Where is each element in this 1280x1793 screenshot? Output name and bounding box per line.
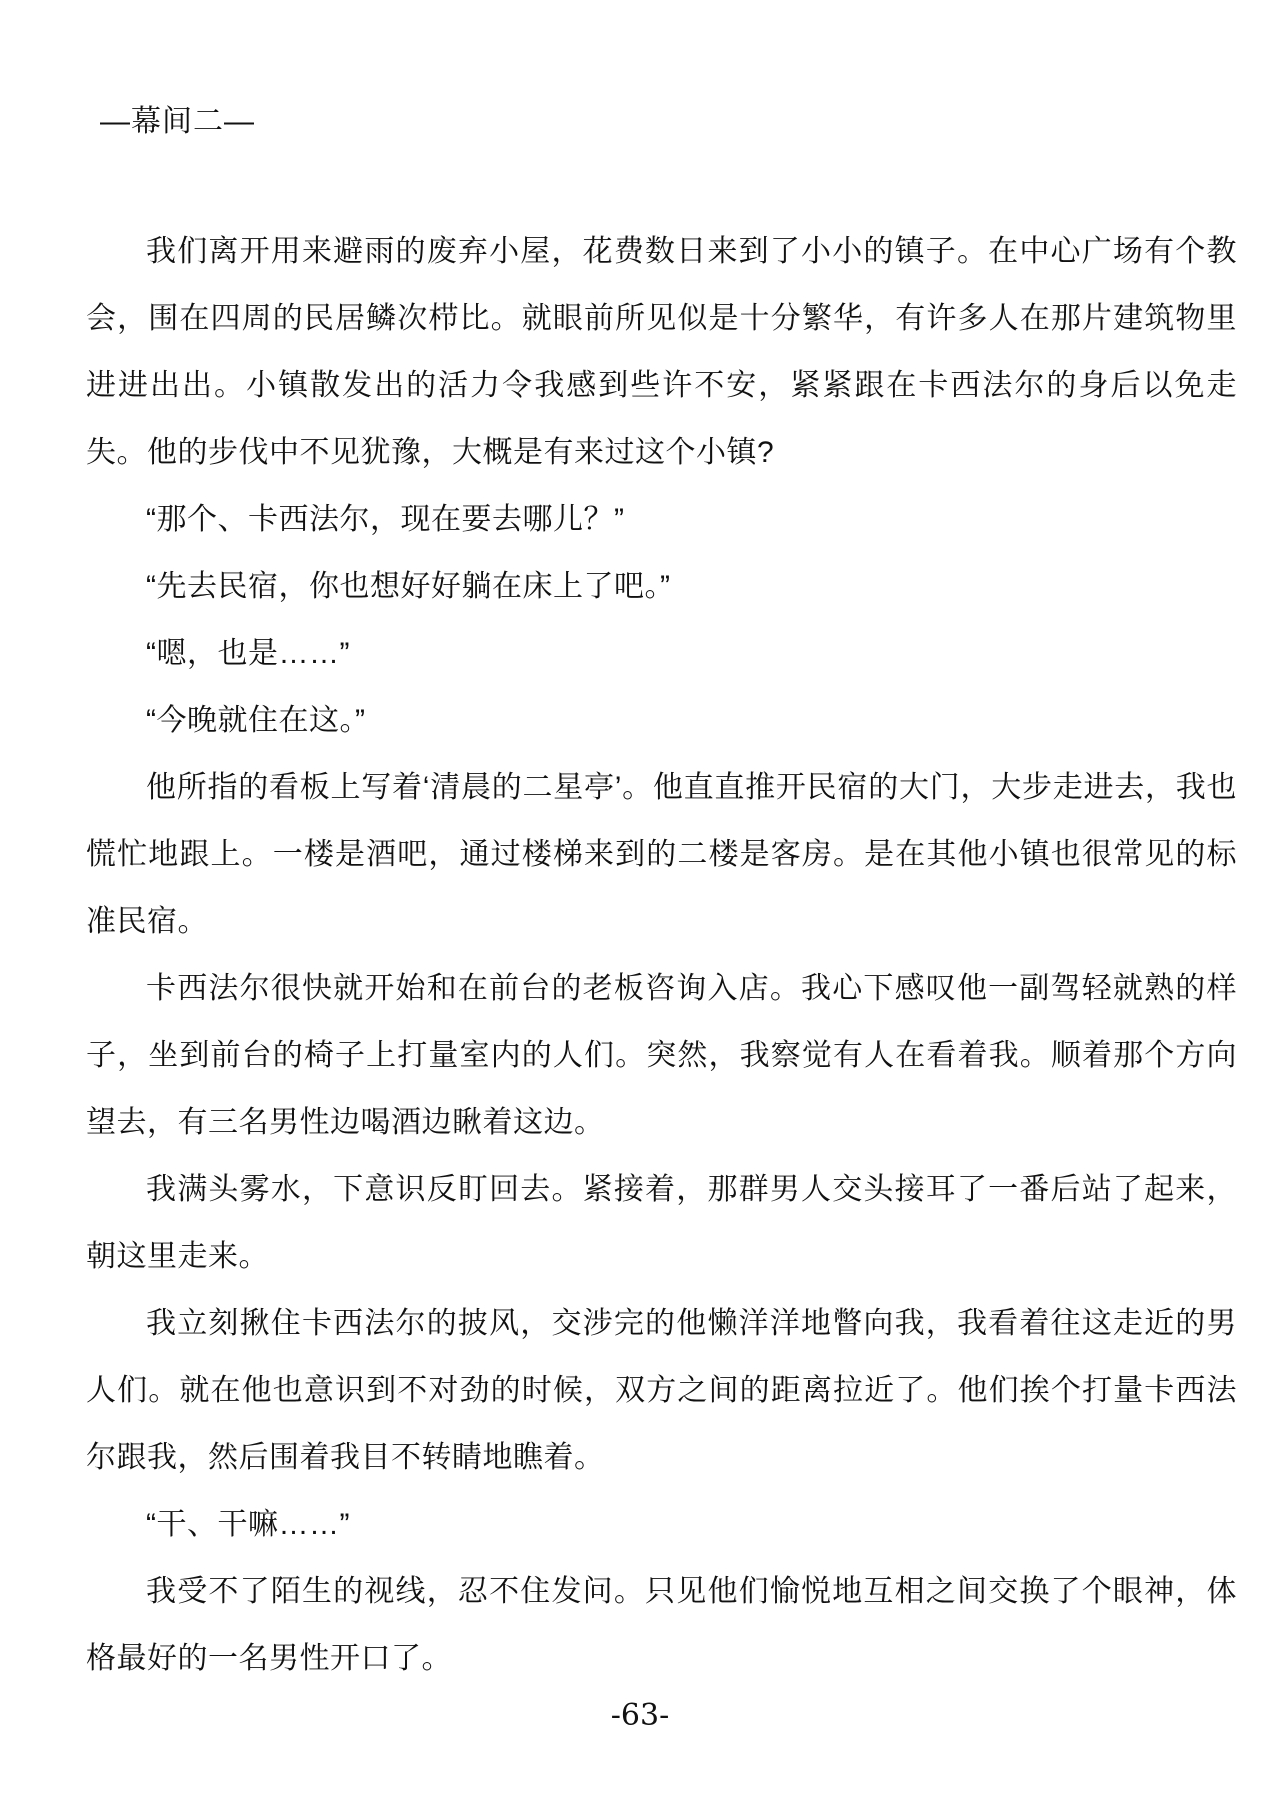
paragraph-dialogue-5: “干、干嘛……” <box>86 1491 1237 1558</box>
document-page: —幕间二— 我们离开用来避雨的废弃小屋，花费数日来到了小小的镇子。在中心广场有个… <box>0 0 1280 1793</box>
body-text: 我们离开用来避雨的废弃小屋，花费数日来到了小小的镇子。在中心广场有个教会，围在四… <box>86 218 1237 1692</box>
paragraph-dialogue-4: “今晚就住在这。” <box>86 687 1237 754</box>
paragraph-dialogue-1: “那个、卡西法尔，现在要去哪儿？” <box>86 486 1237 553</box>
paragraph-narration-6: 我受不了陌生的视线，忍不住发问。只见他们愉悦地互相之间交换了个眼神，体格最好的一… <box>86 1558 1237 1692</box>
paragraph-narration-4: 我满头雾水，下意识反盯回去。紧接着，那群男人交头接耳了一番后站了起来，朝这里走来… <box>86 1156 1237 1290</box>
page-number: -63- <box>0 1698 1280 1733</box>
paragraph-dialogue-2: “先去民宿，你也想好好躺在床上了吧。” <box>86 553 1237 620</box>
paragraph-narration-2: 他所指的看板上写着‘清晨的二星亭’。他直直推开民宿的大门，大步走进去，我也慌忙地… <box>86 754 1237 955</box>
paragraph-dialogue-3: “嗯，也是……” <box>86 620 1237 687</box>
paragraph-narration-3: 卡西法尔很快就开始和在前台的老板咨询入店。我心下感叹他一副驾轻就熟的样子，坐到前… <box>86 955 1237 1156</box>
paragraph-narration-1: 我们离开用来避雨的废弃小屋，花费数日来到了小小的镇子。在中心广场有个教会，围在四… <box>86 218 1237 486</box>
chapter-heading: —幕间二— <box>100 96 255 140</box>
paragraph-narration-5: 我立刻揪住卡西法尔的披风，交涉完的他懒洋洋地瞥向我，我看着往这走近的男人们。就在… <box>86 1290 1237 1491</box>
